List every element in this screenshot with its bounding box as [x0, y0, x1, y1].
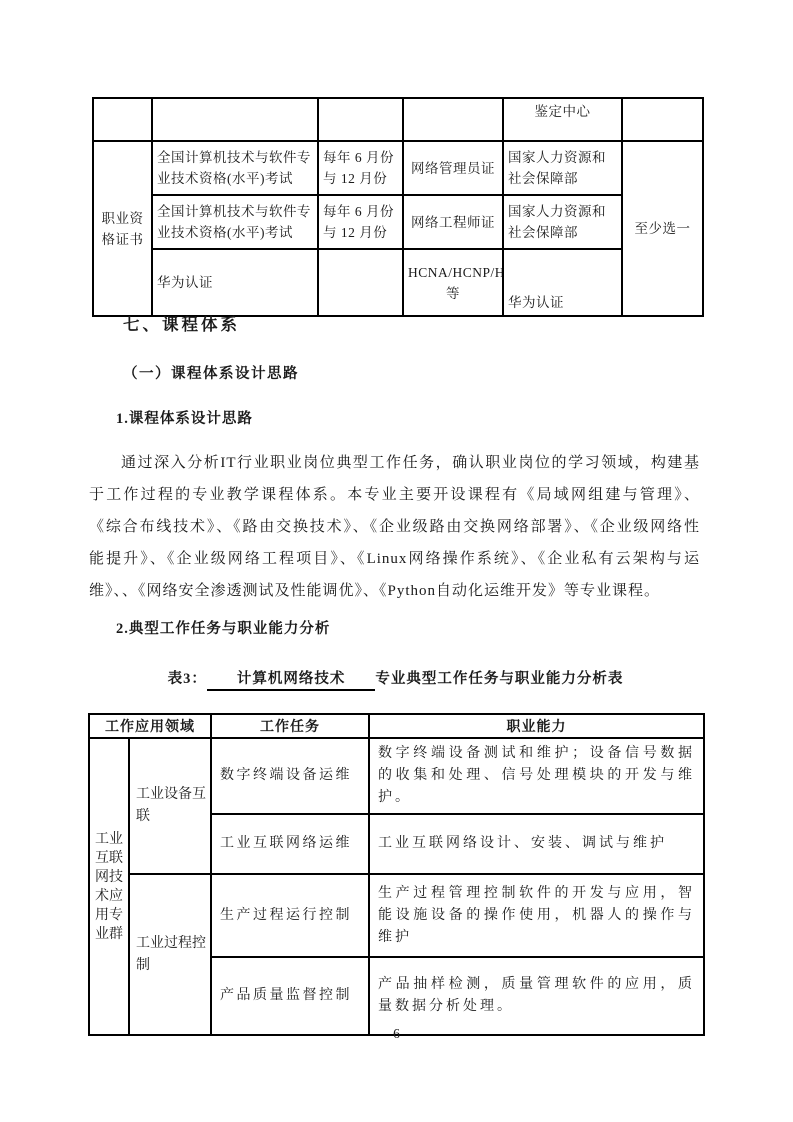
certificate-table: 鉴定中心 职业资格证书 全国计算机技术与软件专业技术资格(水平)考试 每年 6 …	[92, 97, 704, 317]
task-cell: 产品质量监督控制	[211, 957, 369, 1035]
ability-cell: 产品抽样检测，质量管理软件的应用，质量数据分析处理。	[369, 957, 704, 1035]
paragraph-line: 通过深入分析IT行业职业岗位典型工作任务，确认职业岗位的学习领域，构建基	[89, 447, 700, 479]
table-row: 工业互联网技术应用专业群 工业设备互联 数字终端设备运维 数字终端设备测试和维护…	[89, 738, 704, 814]
exam-name-cell: 华为认证	[152, 249, 318, 316]
empty-cell	[318, 98, 403, 141]
exam-time-cell: 每年 6 月份与 12 月份	[318, 195, 403, 249]
table-header-row: 工作应用领域 工作任务 职业能力	[89, 714, 704, 738]
domain-cell: 工业过程控制	[129, 874, 211, 1035]
task-cell: 生产过程运行控制	[211, 874, 369, 957]
task-cell: 工业互联网络运维	[211, 814, 369, 874]
ability-cell: 生产过程管理控制软件的开发与应用，智能设施设备的操作使用，机器人的操作与维护	[369, 874, 704, 957]
certificate-cell: HCNA/HCNP/HCIE等	[403, 249, 503, 316]
exam-time-cell	[318, 249, 403, 316]
issuing-org-cell: 鉴定中心	[503, 98, 622, 141]
group-cell: 工业互联网技术应用专业群	[89, 738, 129, 1035]
numbered-heading-1: 1.课程体系设计思路	[116, 407, 253, 428]
empty-cell	[93, 98, 152, 141]
header-domain: 工作应用领域	[89, 714, 211, 738]
ability-cell: 数字终端设备测试和维护；设备信号数据的收集和处理、信号处理模块的开发与维护。	[369, 738, 704, 814]
task-cell: 数字终端设备运维	[211, 738, 369, 814]
issuing-org-cell: 国家人力资源和社会保障部	[503, 141, 622, 195]
paragraph-line: 《综合布线技术》、《路由交换技术》、《企业级路由交换网络部署》、《企业级网络性	[89, 511, 700, 543]
subsection-heading: （一）课程体系设计思路	[123, 362, 299, 383]
empty-cell	[403, 98, 503, 141]
group-label: 工业互联网技术应用专业群	[94, 830, 124, 944]
table-row: 华为认证 HCNA/HCNP/HCIE等 华为认证	[93, 249, 703, 316]
selection-note-cell: 至少选一	[622, 141, 703, 316]
issuing-org-cell: 国家人力资源和社会保障部	[503, 195, 622, 249]
header-task: 工作任务	[211, 714, 369, 738]
empty-cell	[152, 98, 318, 141]
exam-name-cell: 全国计算机技术与软件专业技术资格(水平)考试	[152, 141, 318, 195]
table-row-carryover: 鉴定中心	[93, 98, 703, 141]
document-page: 鉴定中心 职业资格证书 全国计算机技术与软件专业技术资格(水平)考试 每年 6 …	[0, 0, 793, 1122]
caption-underlined-major: 计算机网络技术	[207, 671, 376, 691]
domain-cell: 工业设备互联	[129, 738, 211, 874]
paragraph-line: 于工作过程的专业教学课程体系。本专业主要开设课程有《局域网组建与管理》、	[89, 479, 700, 511]
page-number: 6	[0, 1026, 793, 1042]
issuing-org-cell: 华为认证	[503, 249, 622, 316]
exam-time-cell: 每年 6 月份与 12 月份	[318, 141, 403, 195]
certificate-cell: 网络工程师证	[403, 195, 503, 249]
header-ability: 职业能力	[369, 714, 704, 738]
caption-prefix: 表3：	[168, 671, 207, 687]
numbered-heading-2: 2.典型工作任务与职业能力分析	[116, 617, 330, 638]
table-row: 全国计算机技术与软件专业技术资格(水平)考试 每年 6 月份与 12 月份 网络…	[93, 195, 703, 249]
row-header-cell: 职业资格证书	[93, 141, 152, 316]
section-heading: 七、课程体系	[123, 311, 240, 335]
table-row: 职业资格证书 全国计算机技术与软件专业技术资格(水平)考试 每年 6 月份与 1…	[93, 141, 703, 195]
table-row: 工业过程控制 生产过程运行控制 生产过程管理控制软件的开发与应用，智能设施设备的…	[89, 874, 704, 957]
empty-cell	[622, 98, 703, 141]
analysis-table: 工作应用领域 工作任务 职业能力 工业互联网技术应用专业群 工业设备互联 数字终…	[88, 713, 705, 1036]
paragraph-line: 能提升》、《企业级网络工程项目》、《Linux网络操作系统》、《企业私有云架构与…	[89, 543, 700, 575]
body-paragraph: 通过深入分析IT行业职业岗位典型工作任务，确认职业岗位的学习领域，构建基 于工作…	[89, 447, 700, 607]
caption-suffix: 专业典型工作任务与职业能力分析表	[375, 671, 623, 687]
table-caption: 表3：计算机网络技术专业典型工作任务与职业能力分析表	[88, 667, 703, 691]
ability-cell: 工业互联网络设计、安装、调试与维护	[369, 814, 704, 874]
paragraph-line: 维》、、《网络安全渗透测试及性能调优》、《Python自动化运维开发》等专业课程…	[89, 575, 700, 607]
exam-name-cell: 全国计算机技术与软件专业技术资格(水平)考试	[152, 195, 318, 249]
certificate-cell: 网络管理员证	[403, 141, 503, 195]
